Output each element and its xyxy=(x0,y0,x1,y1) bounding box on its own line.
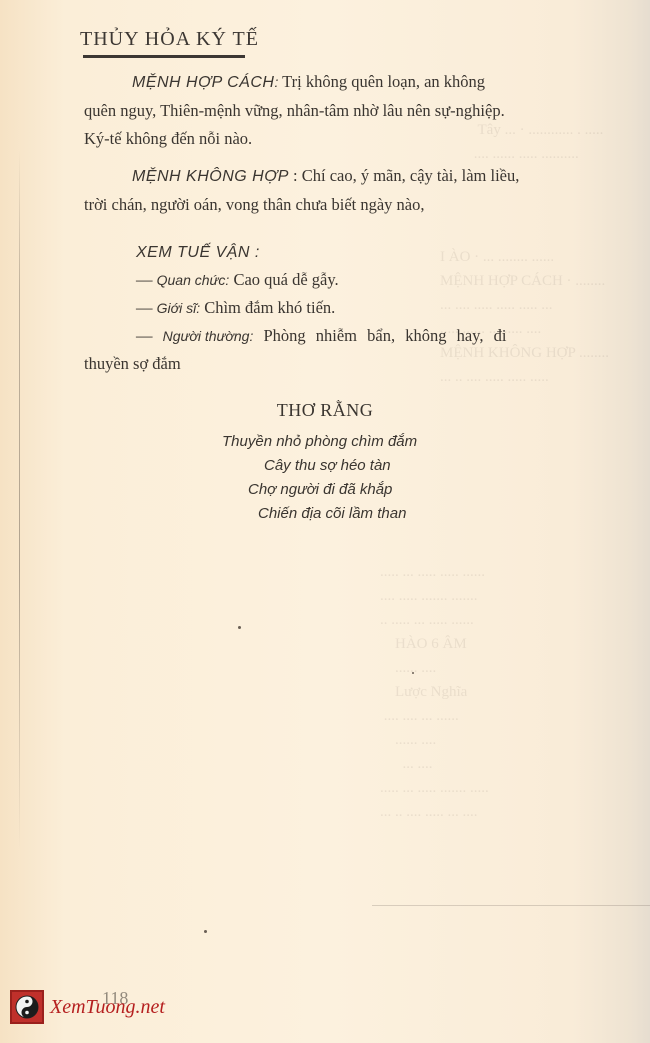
paper-speck xyxy=(238,626,241,629)
tue-van-item: — Người thường: Phòng nhiễm bẩn, không h… xyxy=(84,322,599,350)
paper-speck xyxy=(204,930,207,933)
running-head: THỦY HỎA KÝ TẾ xyxy=(80,28,259,51)
book-page: Tây ... · ............ . ..... .... ....… xyxy=(0,0,650,1043)
tue-van-item: — Quan chức: Cao quá dễ gẫy. xyxy=(84,266,599,294)
watermark: XemTuong.net xyxy=(10,990,165,1024)
xem-tue-van-section: XEM TUẾ VẬN : — Quan chức: Cao quá dễ gẫ… xyxy=(84,238,599,377)
poem-line: Cây thu sợ héo tàn xyxy=(264,454,417,478)
bleed-through-text: ..... ... ..... ..... ...... .... ..... … xyxy=(380,560,489,824)
paper-speck xyxy=(412,672,414,674)
menh-hop-cach-label: MỆNH HỢP CÁCH xyxy=(132,74,274,91)
yin-yang-icon xyxy=(10,990,44,1024)
bleed-through-rule xyxy=(372,905,650,906)
menh-hop-cach-paragraph: MỆNH HỢP CÁCH: Trị không quên loạn, an k… xyxy=(84,68,599,153)
poem-line: Thuyền nhỏ phòng chìm đắm xyxy=(222,430,417,454)
xem-tue-van-heading: XEM TUẾ VẬN : xyxy=(136,244,260,261)
poem-line: Chiến địa cõi lầm than xyxy=(258,502,417,526)
watermark-brand: XemTuong.net xyxy=(50,996,165,1019)
tue-van-item: — Giới sĩ: Chìm đắm khó tiến. xyxy=(84,294,599,322)
poem-title: THƠ RẰNG xyxy=(0,400,650,421)
poem-line: Chợ người đi đã khắp xyxy=(248,478,417,502)
menh-khong-hop-label: MỆNH KHÔNG HỢP xyxy=(132,168,289,185)
gutter-edge xyxy=(19,150,20,850)
running-head-underline xyxy=(83,55,245,58)
menh-khong-hop-paragraph: MỆNH KHÔNG HỢP : Chí cao, ý mãn, cậy tài… xyxy=(84,162,599,219)
poem: Thuyền nhỏ phòng chìm đắm Cây thu sợ héo… xyxy=(222,430,417,526)
